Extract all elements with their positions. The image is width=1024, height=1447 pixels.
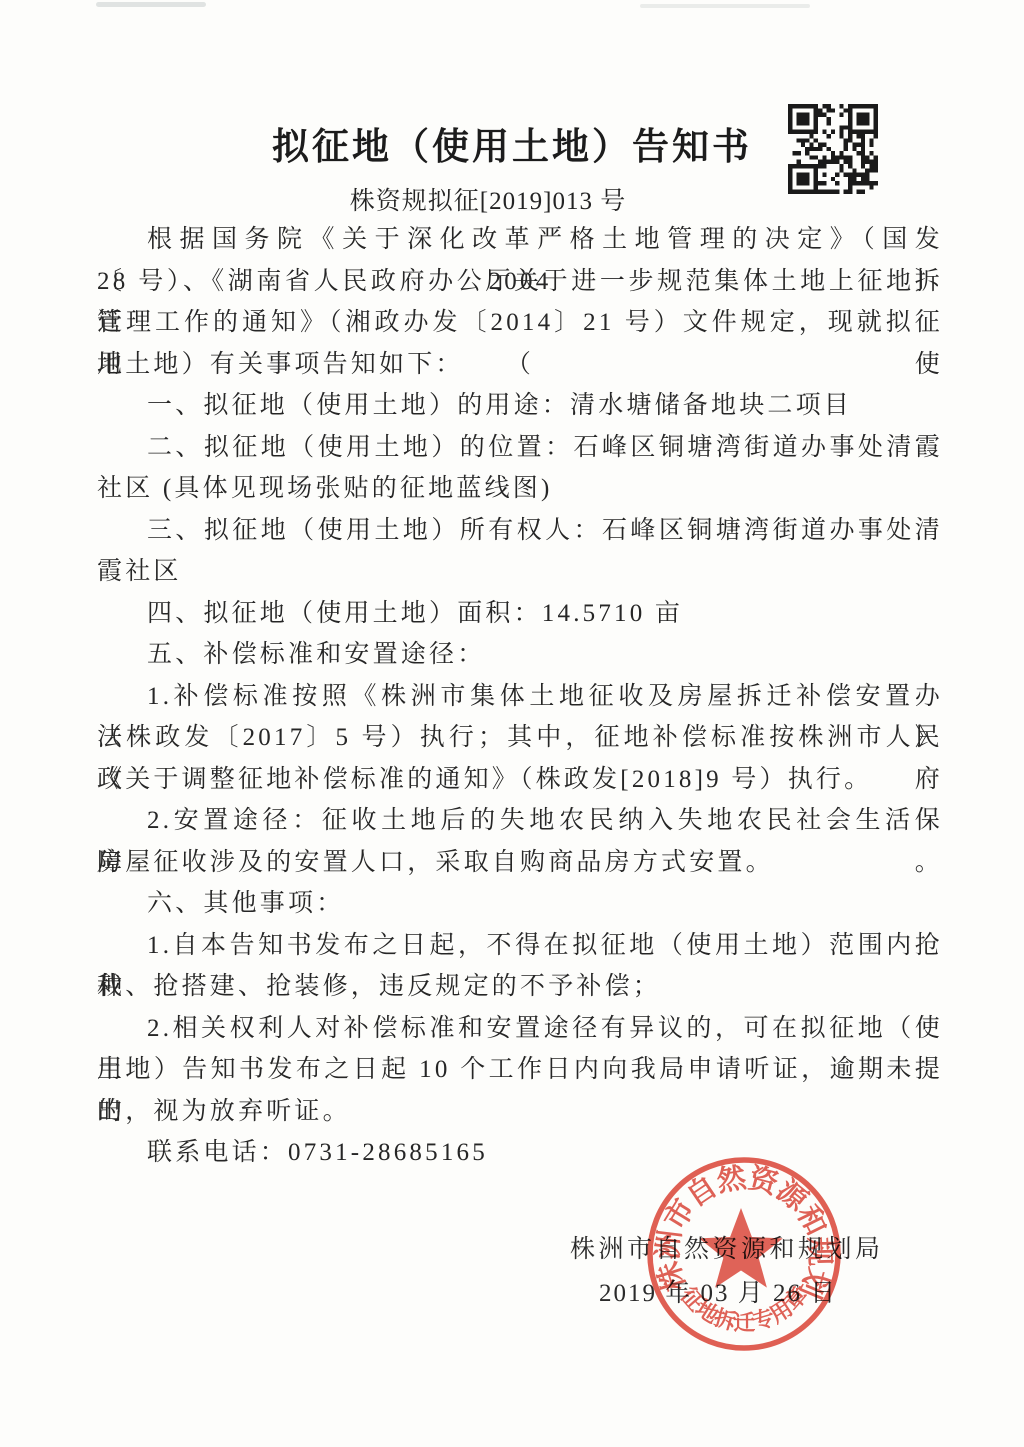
scan-artifact: [640, 4, 810, 8]
body-line: 土地）告知书发布之日起 10 个工作日内向我局申请听证，逾期未提出: [97, 1049, 943, 1091]
body-line: 管理工作的通知》（湘政办发〔2014〕21 号）文件规定，现就拟征地（使: [97, 302, 943, 344]
body-line: 的，视为放弃听证。: [97, 1091, 943, 1133]
notice-document-page: 拟征地（使用土地）告知书 株资规拟征[2019]013 号 根据国务院《关于深化…: [0, 0, 1024, 1447]
qr-code-icon: [788, 102, 878, 196]
body-line: 2.安置途径：征收土地后的失地农民纳入失地农民社会生活保障。: [97, 800, 943, 842]
body-line: 根据国务院《关于深化改革严格土地管理的决定》（国发〔2004〕: [97, 219, 943, 261]
seal-star: [699, 1208, 783, 1288]
body-line: 种、抢搭建、抢装修，违反规定的不予补偿；: [97, 966, 943, 1008]
body-line: 五、补偿标准和安置途径：: [97, 634, 943, 676]
document-body: 根据国务院《关于深化改革严格土地管理的决定》（国发〔2004〕28 号）、《湖南…: [97, 219, 943, 1174]
body-line: 霞社区: [97, 551, 943, 593]
body-line: 《关于调整征地补偿标准的通知》（株政发[2018]9 号）执行。: [97, 759, 943, 801]
body-line: 2.相关权利人对补偿标准和安置途径有异议的，可在拟征地（使用: [97, 1008, 943, 1050]
seal-bottom-text: 征地拆迁专用章: [676, 1282, 813, 1335]
body-line: 一、拟征地（使用土地）的用途：清水塘储备地块二项目: [97, 385, 943, 427]
body-line: 1.自本告知书发布之日起，不得在拟征地（使用土地）范围内抢栽: [97, 925, 943, 967]
body-line: 四、拟征地（使用土地）面积：14.5710 亩: [97, 593, 943, 635]
body-line: 三、拟征地（使用土地）所有权人：石峰区铜塘湾街道办事处清: [97, 510, 943, 552]
scan-artifact: [96, 2, 206, 7]
body-line: 六、其他事项：: [97, 883, 943, 925]
body-line: 社区 (具体见现场张贴的征地蓝线图): [97, 468, 943, 510]
official-seal: 株洲市自然资源和规划局 征地拆迁专用章: [639, 1149, 849, 1359]
body-line: 28 号）、《湖南省人民政府办公厅关于进一步规范集体土地上征地拆迁: [97, 261, 943, 303]
body-line: 二、拟征地（使用土地）的位置：石峰区铜塘湾街道办事处清霞: [97, 427, 943, 469]
body-line: （株政发〔2017〕5 号）执行；其中，征地补偿标准按株洲市人民政府: [97, 717, 943, 759]
body-line: 1.补偿标准按照《株洲市集体土地征收及房屋拆迁补偿安置办法》: [97, 676, 943, 718]
